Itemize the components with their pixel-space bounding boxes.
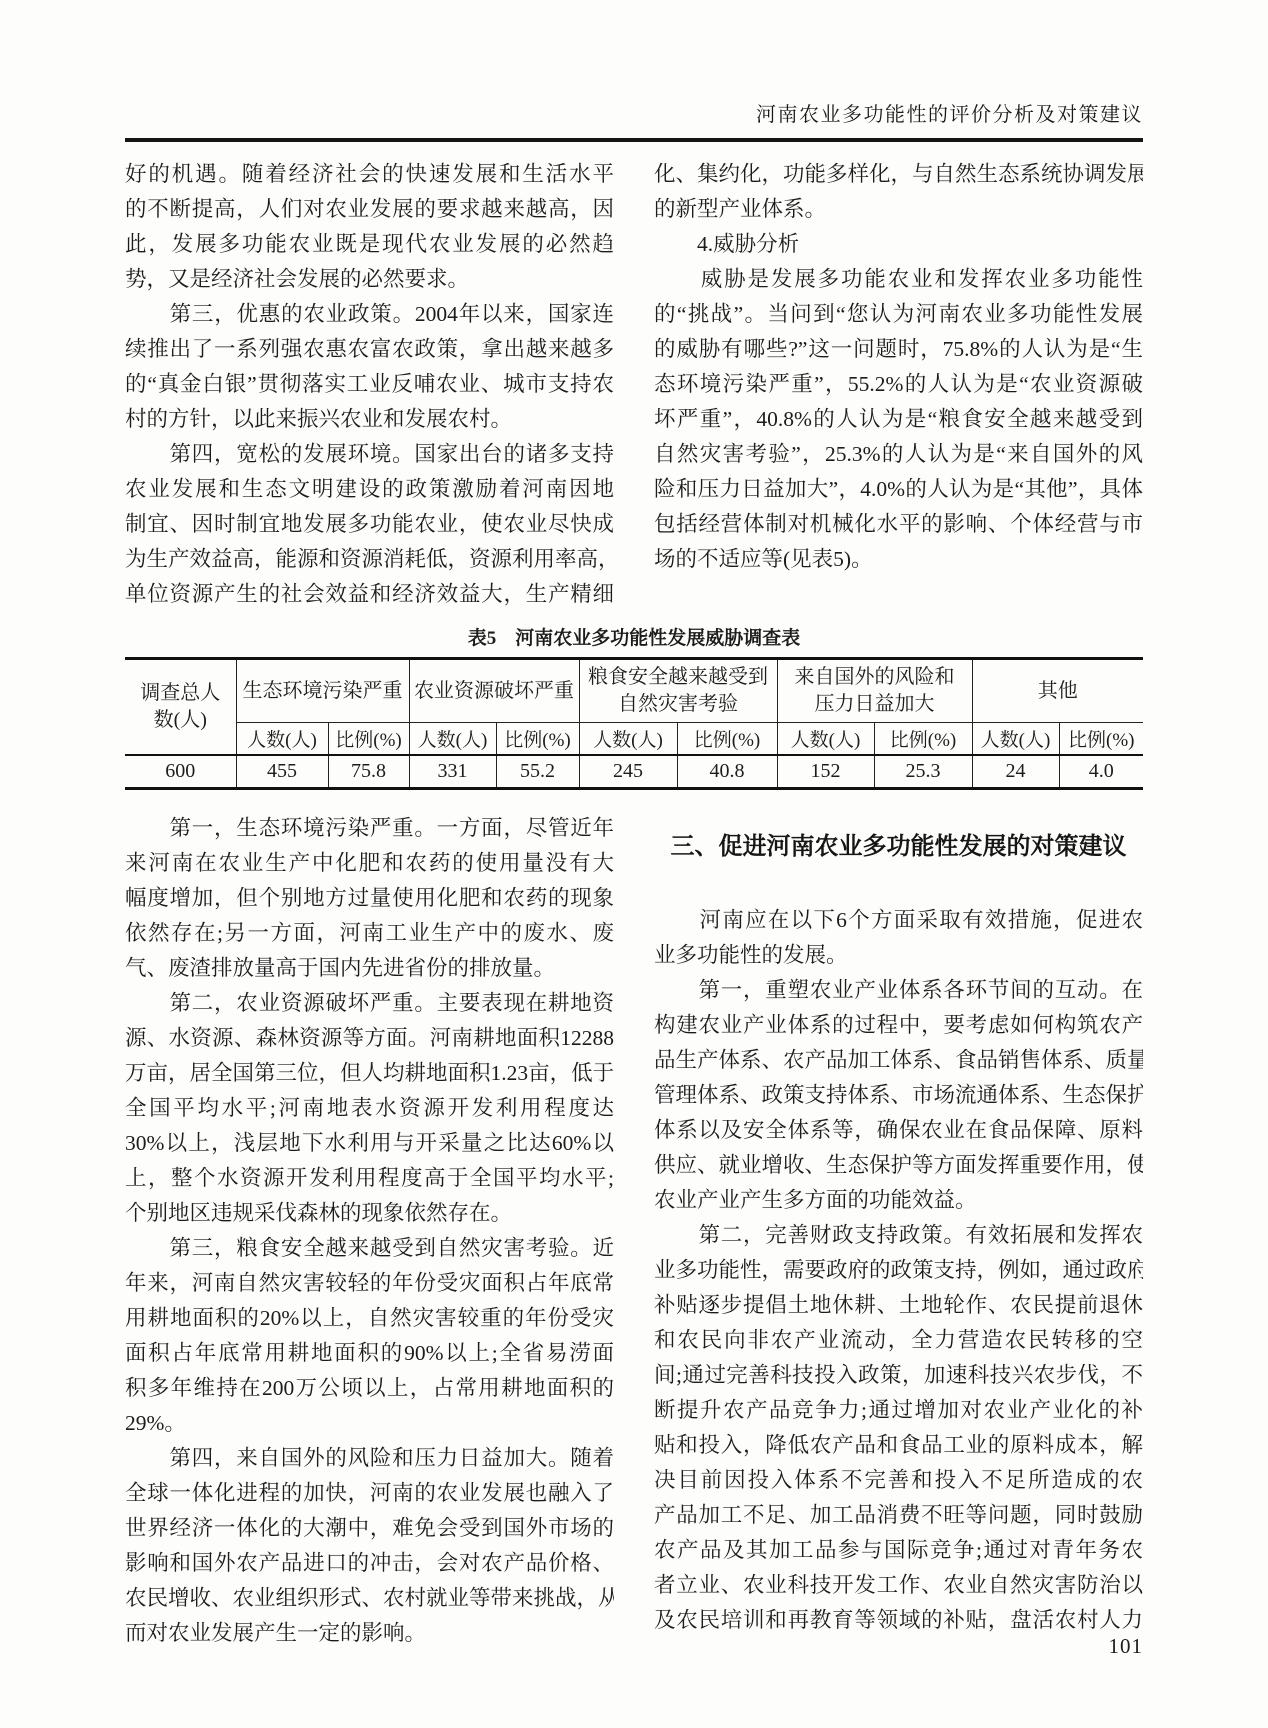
- cell-pct: 75.8: [328, 755, 409, 789]
- text-line: 幅度增加，但个别地方过量使用化肥和农药的现象: [125, 881, 614, 916]
- text-line: 贴和投入，降低农产品和食品工业的原料成本，解: [654, 1428, 1143, 1463]
- cell-count: 24: [972, 755, 1059, 789]
- cell-pct: 4.0: [1059, 755, 1143, 789]
- text-line: 自然灾害考验”，25.3%的人认为是“来自国外的风: [654, 437, 1143, 472]
- text-line: 构建农业产业体系的过程中，要考虑如何构筑农产: [654, 1008, 1143, 1043]
- text-line: 个别地区违规采伐森林的现象依然存在。: [125, 1196, 614, 1231]
- text-line: 万亩，居全国第三位，但人均耕地面积1.23亩，低于: [125, 1056, 614, 1091]
- text-line: 第四，来自国外的风险和压力日益加大。随着: [125, 1441, 614, 1476]
- text-line: 补贴逐步提倡土地休耕、土地轮作、农民提前退休: [654, 1288, 1143, 1323]
- text-line: 势，又是经济社会发展的必然要求。: [125, 262, 614, 297]
- text-line: 的“真金白银”贯彻落实工业反哺农业、城市支持农: [125, 367, 614, 402]
- page-content: 河南农业多功能性的评价分析及对策建议 好的机遇。随着经济社会的快速发展和生活水平…: [125, 98, 1143, 1651]
- text-line: 威胁是发展多功能农业和发挥农业多功能性: [654, 262, 1143, 297]
- bottom-two-column-section: 第一，生态环境污染严重。一方面，尽管近年来河南在农业生产中化肥和农药的使用量没有…: [125, 811, 1143, 1651]
- text-line: 坏严重”，40.8%的人认为是“粮食安全越来越受到: [654, 402, 1143, 437]
- text-line: 为生产效益高，能源和资源消耗低，资源利用率高，: [125, 542, 614, 577]
- text-line: 农业发展和生态文明建设的政策激励着河南因地: [125, 472, 614, 507]
- subheader-pct: 比例(%): [496, 723, 579, 756]
- text-line: 包括经营体制对机械化水平的影响、个体经营与市: [654, 507, 1143, 542]
- text-line: 产品加工不足、加工品消费不旺等问题，同时鼓励: [654, 1498, 1143, 1533]
- text-line: 来河南在农业生产中化肥和农药的使用量没有大: [125, 846, 614, 881]
- text-line: 全球一体化进程的加快，河南的农业发展也融入了: [125, 1476, 614, 1511]
- text-line: 农产品及其加工品参与国际竞争;通过对青年务农: [654, 1533, 1143, 1568]
- text-line: 及农民培训和再教育等领域的补贴，盘活农村人力: [654, 1603, 1143, 1638]
- page-number: 101: [1109, 1634, 1144, 1659]
- table-group-header: 粮食安全越来越受到自然灾害考验: [579, 659, 777, 723]
- text-line: 决目前因投入体系不完善和投入不足所造成的农: [654, 1463, 1143, 1498]
- cell-count: 455: [236, 755, 328, 789]
- text-line: 态环境污染严重”，55.2%的人认为是“农业资源破: [654, 367, 1143, 402]
- table-group-header-row: 调查总人数(人) 生态环境污染严重 农业资源破坏严重 粮食安全越来越受到自然灾害…: [125, 659, 1143, 723]
- subheader-pct: 比例(%): [328, 723, 409, 756]
- text-line: 的新型产业体系。: [654, 192, 1143, 227]
- cell-total: 600: [125, 755, 236, 789]
- top-left-column: 好的机遇。随着经济社会的快速发展和生活水平的不断提高，人们对农业发展的要求越来越…: [125, 157, 614, 612]
- text-line: 业多功能性，需要政府的政策支持，例如，通过政府: [654, 1253, 1143, 1288]
- text-line: 第三，优惠的农业政策。2004年以来，国家连: [125, 297, 614, 332]
- text-line: 此，发展多功能农业既是现代农业发展的必然趋: [125, 227, 614, 262]
- text-line: 的不断提高，人们对农业发展的要求越来越高，因: [125, 192, 614, 227]
- section-heading: 三、促进河南农业多功能性发展的对策建议: [654, 827, 1143, 867]
- table-group-header: 来自国外的风险和压力日益加大: [777, 659, 972, 723]
- text-line: 气、废渣排放量高于国内先进省份的排放量。: [125, 951, 614, 986]
- text-line: 化、集约化，功能多样化，与自然生态系统协调发展: [654, 157, 1143, 192]
- text-line: 第一，重塑农业产业体系各环节间的互动。在: [654, 973, 1143, 1008]
- subheader-pct: 比例(%): [677, 723, 777, 756]
- table-group-header: 生态环境污染严重: [236, 659, 409, 723]
- text-line: 4.威胁分析: [654, 227, 1143, 262]
- text-line: 农业产业产生多方面的功能效益。: [654, 1183, 1143, 1218]
- subheader-count: 人数(人): [409, 723, 496, 756]
- cell-count: 152: [777, 755, 874, 789]
- text-line: 源、水资源、森林资源等方面。河南耕地面积12288: [125, 1021, 614, 1056]
- text-line: 险和压力日益加大”，4.0%的人认为是“其他”，具体: [654, 472, 1143, 507]
- running-header-title: 河南农业多功能性的评价分析及对策建议: [125, 98, 1143, 142]
- journal-page: 河南农业多功能性的评价分析及对策建议 好的机遇。随着经济社会的快速发展和生活水平…: [0, 0, 1268, 1728]
- survey-table: 调查总人数(人) 生态环境污染严重 农业资源破坏严重 粮食安全越来越受到自然灾害…: [125, 657, 1143, 790]
- text-line: 续推出了一系列强农惠农富农政策，拿出越来越多: [125, 332, 614, 367]
- subheader-pct: 比例(%): [1059, 723, 1143, 756]
- table-group-header: 其他: [972, 659, 1143, 723]
- text-line: 和农民向非农产业流动，全力营造农民转移的空: [654, 1323, 1143, 1358]
- text-line: 年来，河南自然灾害较轻的年份受灾面积占年底常: [125, 1266, 614, 1301]
- text-line: 第四，宽松的发展环境。国家出台的诸多支持: [125, 437, 614, 472]
- text-line: 积多年维持在200万公顷以上，占常用耕地面积的: [125, 1371, 614, 1406]
- cell-pct: 40.8: [677, 755, 777, 789]
- table-subheader-row: 人数(人) 比例(%) 人数(人) 比例(%) 人数(人) 比例(%) 人数(人…: [125, 723, 1143, 756]
- text-line: 制宜、因时制宜地发展多功能农业，使农业尽快成: [125, 507, 614, 542]
- text-line: 依然存在;另一方面，河南工业生产中的废水、废: [125, 916, 614, 951]
- subheader-count: 人数(人): [579, 723, 677, 756]
- cell-pct: 25.3: [874, 755, 972, 789]
- table-caption: 表5 河南农业多功能性发展威胁调查表: [125, 624, 1143, 654]
- text-line: 管理体系、政策支持体系、市场流通体系、生态保护: [654, 1078, 1143, 1113]
- top-right-column: 化、集约化，功能多样化，与自然生态系统协调发展的新型产业体系。 4.威胁分析 威…: [654, 157, 1143, 612]
- text-line: 村的方针，以此来振兴农业和发展农村。: [125, 402, 614, 437]
- table-data-row: 600 455 75.8 331 55.2 245 40.8 152 25.3 …: [125, 755, 1143, 789]
- subheader-pct: 比例(%): [874, 723, 972, 756]
- text-line: 上，整个水资源开发利用程度高于全国平均水平;: [125, 1161, 614, 1196]
- text-line: 用耕地面积的20%以上，自然灾害较重的年份受灾: [125, 1301, 614, 1336]
- bottom-right-lines: 河南应在以下6个方面采取有效措施，促进农业多功能性的发展。 第一，重塑农业产业体…: [654, 903, 1143, 1638]
- subheader-count: 人数(人): [236, 723, 328, 756]
- text-line: 面积占年底常用耕地面积的90%以上;全省易涝面: [125, 1336, 614, 1371]
- text-line: 而对农业发展产生一定的影响。: [125, 1616, 614, 1651]
- bottom-left-column: 第一，生态环境污染严重。一方面，尽管近年来河南在农业生产中化肥和农药的使用量没有…: [125, 811, 614, 1651]
- table-corner-header: 调查总人数(人): [125, 659, 236, 756]
- text-line: 农民增收、农业组织形式、农村就业等带来挑战，从: [125, 1581, 614, 1616]
- text-line: 河南应在以下6个方面采取有效措施，促进农: [654, 903, 1143, 938]
- top-two-column-section: 好的机遇。随着经济社会的快速发展和生活水平的不断提高，人们对农业发展的要求越来越…: [125, 157, 1143, 612]
- text-line: 品生产体系、农产品加工体系、食品销售体系、质量: [654, 1043, 1143, 1078]
- text-line: 30%以上，浅层地下水利用与开采量之比达60%以: [125, 1126, 614, 1161]
- text-line: 业多功能性的发展。: [654, 938, 1143, 973]
- text-line: 体系以及安全体系等，确保农业在食品保障、原料: [654, 1113, 1143, 1148]
- subheader-count: 人数(人): [777, 723, 874, 756]
- text-line: 场的不适应等(见表5)。: [654, 542, 1143, 577]
- bottom-right-column: 三、促进河南农业多功能性发展的对策建议 河南应在以下6个方面采取有效措施，促进农…: [654, 811, 1143, 1651]
- text-line: 间;通过完善科技投入政策，加速科技兴农步伐，不: [654, 1358, 1143, 1393]
- text-line: 断提升农产品竞争力;通过增加对农业产业化的补: [654, 1393, 1143, 1428]
- text-line: 第二，农业资源破坏严重。主要表现在耕地资: [125, 986, 614, 1021]
- text-line: 影响和国外农产品进口的冲击，会对农产品价格、: [125, 1546, 614, 1581]
- text-line: 第一，生态环境污染严重。一方面，尽管近年: [125, 811, 614, 846]
- text-line: 供应、就业增收、生态保护等方面发挥重要作用，使: [654, 1148, 1143, 1183]
- subheader-count: 人数(人): [972, 723, 1059, 756]
- cell-count: 331: [409, 755, 496, 789]
- text-line: 好的机遇。随着经济社会的快速发展和生活水平: [125, 157, 614, 192]
- cell-count: 245: [579, 755, 677, 789]
- text-line: 的威胁有哪些?”这一问题时，75.8%的人认为是“生: [654, 332, 1143, 367]
- text-line: 全国平均水平;河南地表水资源开发利用程度达: [125, 1091, 614, 1126]
- text-line: 第三，粮食安全越来越受到自然灾害考验。近: [125, 1231, 614, 1266]
- text-line: 29%。: [125, 1406, 614, 1441]
- text-line: 世界经济一体化的大潮中，难免会受到国外市场的: [125, 1511, 614, 1546]
- text-line: 者立业、农业科技开发工作、农业自然灾害防治以: [654, 1568, 1143, 1603]
- text-line: 的“挑战”。当问到“您认为河南农业多功能性发展: [654, 297, 1143, 332]
- text-line: 第二，完善财政支持政策。有效拓展和发挥农: [654, 1218, 1143, 1253]
- text-line: 单位资源产生的社会效益和经济效益大，生产精细: [125, 577, 614, 612]
- table-group-header: 农业资源破坏严重: [409, 659, 579, 723]
- cell-pct: 55.2: [496, 755, 579, 789]
